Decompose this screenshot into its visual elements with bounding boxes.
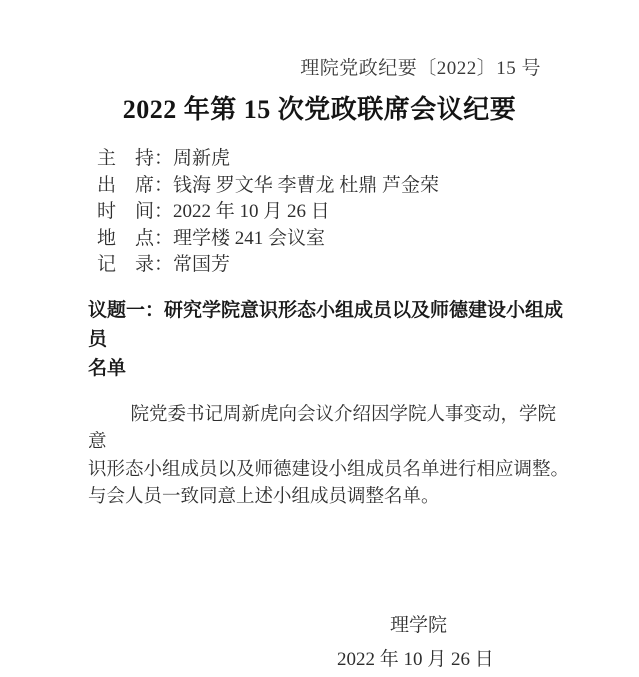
meta-host-line: 主 持：周新虎	[97, 146, 639, 173]
document-title: 2022 年第 15 次党政联席会议纪要	[0, 93, 639, 127]
meta-recorder-line: 记 录：常国芳	[97, 252, 639, 279]
meta-attendees-line: 出 席：钱海 罗文华 李曹龙 杜鼎 芦金荣	[97, 173, 639, 200]
meeting-minutes-document: 理院党政纪要〔2022〕15 号 2022 年第 15 次党政联席会议纪要 主 …	[0, 0, 639, 677]
meta-location-line: 地 点：理学楼 241 会议室	[97, 226, 639, 253]
signature-unit-name: 理学院	[390, 616, 639, 636]
signature-date: 2022 年 10 月 26 日	[337, 650, 639, 670]
meeting-meta-block: 主 持：周新虎 出 席：钱海 罗文华 李曹龙 杜鼎 芦金荣 时 间：2022 年…	[97, 146, 639, 279]
meta-time-line: 时 间：2022 年 10 月 26 日	[97, 199, 639, 226]
topic-heading: 议题一：研究学院意识形态小组成员以及师德建设小组成员 名单	[88, 296, 572, 383]
document-ref-number: 理院党政纪要〔2022〕15 号	[0, 0, 639, 82]
body-paragraph: 院党委书记周新虎向会议介绍因学院人事变动，学院意 识形态小组成员以及师德建设小组…	[88, 402, 574, 512]
